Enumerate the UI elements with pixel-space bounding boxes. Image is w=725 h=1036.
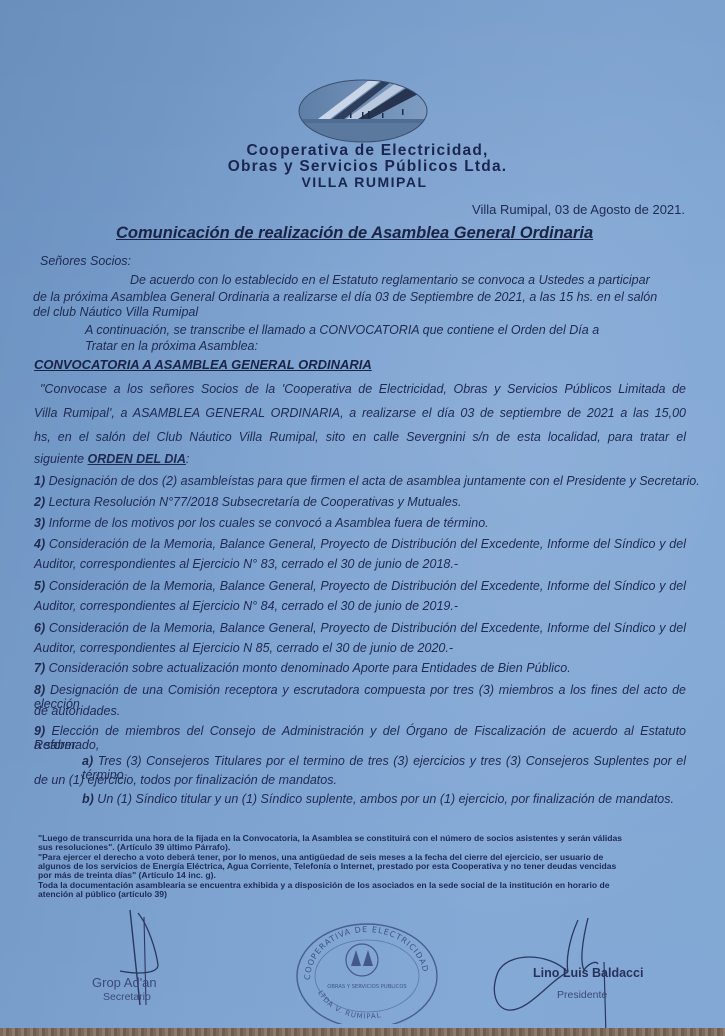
sub-item-letter: b) [82,792,94,806]
convocatoria-heading: CONVOCATORIA A ASAMBLEA GENERAL ORDINARI… [34,357,372,372]
agenda-item: 7) Consideración sobre actualización mon… [34,661,571,675]
document-title: Comunicación de realización de Asamblea … [116,224,593,243]
president-role: Presidente [557,989,607,1001]
agenda-item-text-cont: Auditor, correspondientes al Ejercicio N… [34,641,453,655]
agenda-item-text-cont: Auditor, correspondientes al Ejercicio N… [34,557,458,571]
convocatoria-line-4-prefix: siguiente [34,452,84,466]
agenda-item-text: Consideración de la Memoria, Balance Gen… [49,579,686,593]
secretary-name: Grop Ad'an [92,975,157,990]
sub-item-letter: a) [82,754,93,768]
agenda-item-text-cont: de autoridades. [34,704,120,718]
convocatoria-line-3: hs, en el salón del Club Náutico Villa R… [34,430,686,444]
agenda-item-text-cont: a saber: [34,738,79,752]
agenda-item: 2) Lectura Resolución N°77/2018 Subsecre… [34,495,461,509]
agenda-item: 4) Consideración de la Memoria, Balance … [34,537,686,551]
convocatoria-line-2: Villa Rumipal', a ASAMBLEA GENERAL ORDIN… [34,406,686,420]
secretary-role: Secretario [103,991,151,1003]
president-name: Lino Luis Baldacci [533,966,643,980]
agenda-item-number: 3) [34,516,45,530]
table-surface [0,1028,725,1036]
agenda-item-number: 1) [34,474,45,488]
agenda-item: 1) Designación de dos (2) asambleístas p… [34,474,700,488]
cooperative-stamp-icon: COOPERATIVA DE ELECTRICIDAD OBRAS Y SERV… [294,920,440,1024]
intro-line-3: del club Náutico Villa Rumipal [33,305,198,319]
document-date: Villa Rumipal, 03 de Agosto de 2021. [472,202,685,217]
salutation: Señores Socios: [40,254,131,268]
orden-del-dia-label: ORDEN DEL DIA [88,452,186,466]
agenda-item-text-cont: Auditor, correspondientes al Ejercicio N… [34,599,458,613]
footnote-line: atención al público (artículo 39) [38,890,167,900]
agenda-item-number: 2) [34,495,45,509]
convocatoria-line-4: siguiente ORDEN DEL DIA: [34,452,189,466]
agenda-item-number: 6) [34,621,45,635]
intro-line-2: de la próxima Asamblea General Ordinaria… [33,290,657,304]
agenda-item-text: Lectura Resolución N°77/2018 Subsecretar… [49,495,462,509]
intro-line-1: De acuerdo con lo establecido en el Esta… [130,273,684,287]
sub-item-text-cont: de un (1) ejercicio, todos por finalizac… [34,773,337,787]
agenda-item: 9) Elección de miembros del Consejo de A… [34,724,686,752]
agenda-item-text: Designación de dos (2) asambleístas para… [49,474,700,488]
colon: : [186,452,189,466]
agenda-item: 6) Consideración de la Memoria, Balance … [34,621,686,635]
agenda-item-text: Informe de los motivos por los cuales se… [49,516,489,530]
agenda-item-number: 8) [34,683,45,697]
agenda-item-text: Consideración de la Memoria, Balance Gen… [49,537,686,551]
sub-item-text: Un (1) Síndico titular y un (1) Síndico … [97,792,674,806]
agenda-item-number: 9) [34,724,45,738]
intro-line-5: Tratar en la próxima Asamblea: [85,339,258,353]
cooperative-logo-icon [298,79,428,143]
organization-location: VILLA RUMIPAL [2,174,725,190]
agenda-item-number: 5) [34,579,45,593]
intro-line-4: A continuación, se transcribe el llamado… [85,323,599,337]
agenda-item-number: 7) [34,661,45,675]
svg-text:OBRAS Y SERVICIOS PUBLICOS: OBRAS Y SERVICIOS PUBLICOS [327,984,406,990]
agenda-item-text: Consideración sobre actualización monto … [49,661,571,675]
agenda-item-text: Elección de miembros del Consejo de Admi… [34,724,686,752]
svg-text:LTDA V. RUMIPAL: LTDA V. RUMIPAL [316,989,382,1020]
convocatoria-line-1: "Convocase a los señores Socios de la 'C… [40,382,686,396]
agenda-item: 3) Informe de los motivos por los cuales… [34,516,489,530]
agenda-item: 8) Designación de una Comisión receptora… [34,683,686,711]
agenda-item-text: Designación de una Comisión receptora y … [34,683,686,711]
agenda-item-text: Consideración de la Memoria, Balance Gen… [49,621,686,635]
agenda-item: 5) Consideración de la Memoria, Balance … [34,579,686,593]
sub-item: b) Un (1) Síndico titular y un (1) Síndi… [82,792,674,806]
agenda-item-number: 4) [34,537,45,551]
svg-text:COOPERATIVA DE ELECTRICIDAD: COOPERATIVA DE ELECTRICIDAD [303,925,430,980]
